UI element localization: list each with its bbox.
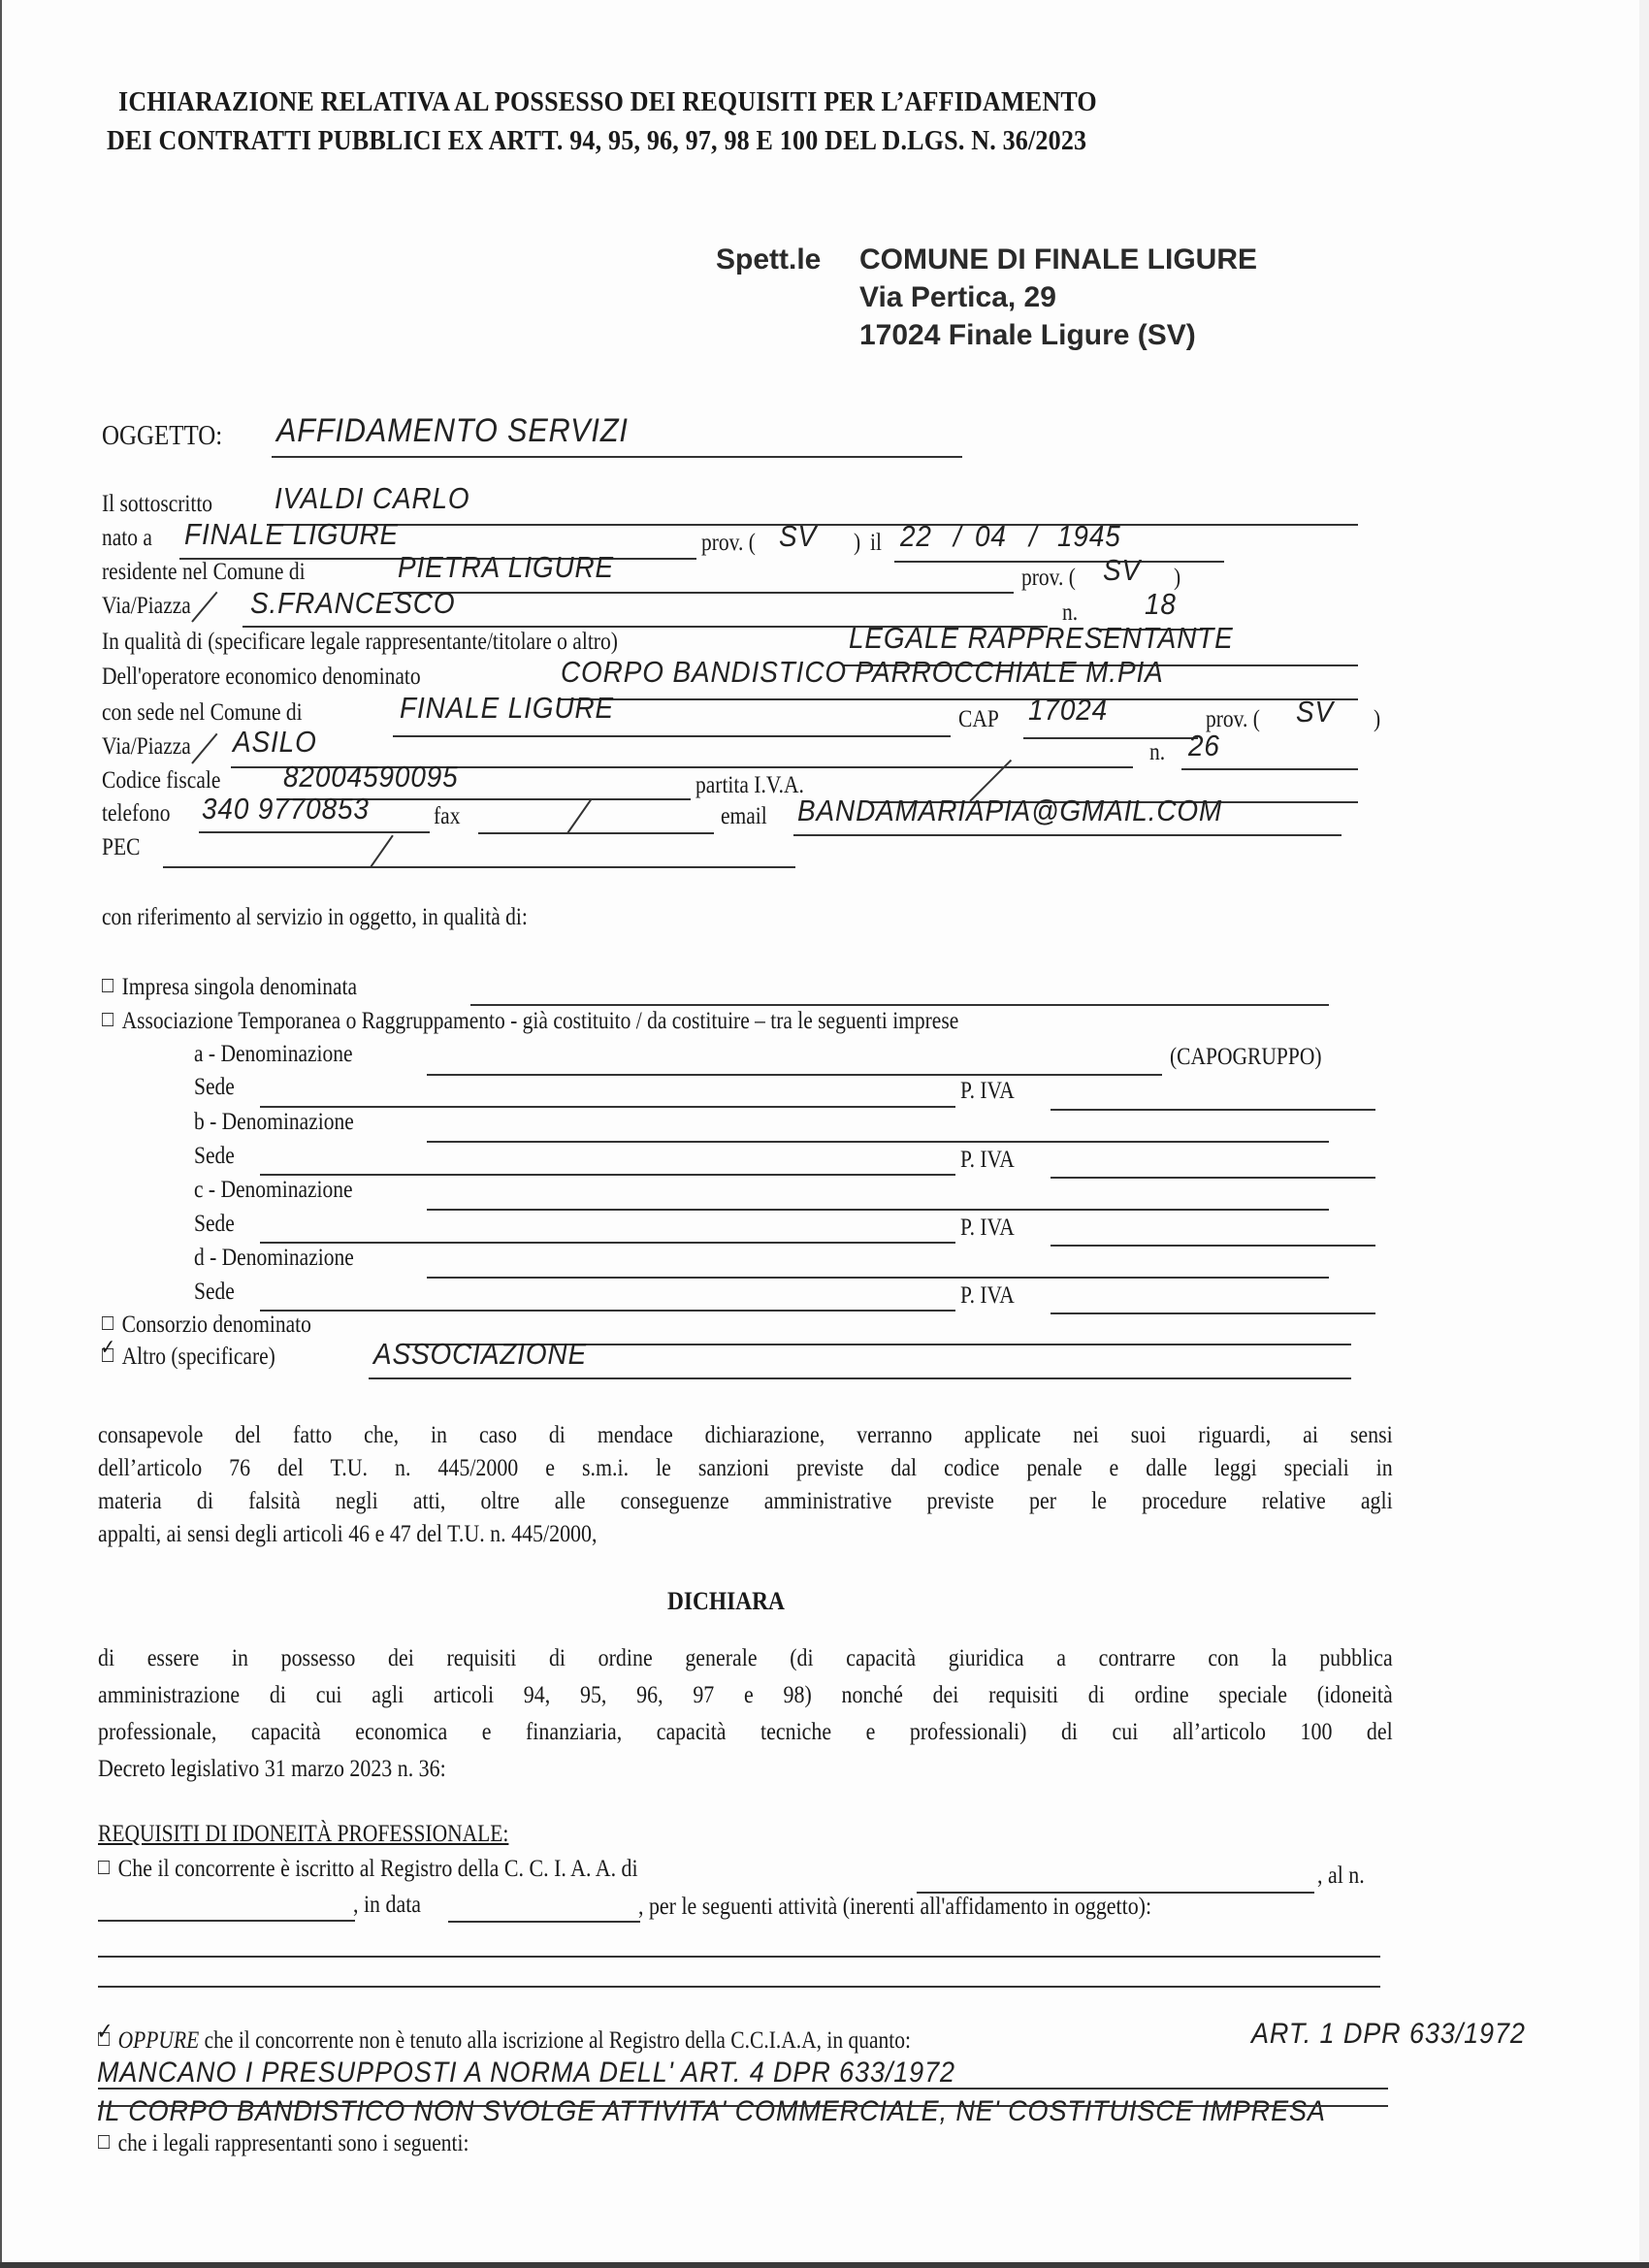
- oggetto-label: OGGETTO:: [102, 420, 222, 452]
- residente-underline: [393, 592, 1014, 594]
- checkmark-icon: ✓: [96, 2020, 113, 2043]
- sede-label: con sede nel Comune di: [102, 699, 303, 727]
- ccia-activities-field-1[interactable]: [98, 1956, 1380, 1958]
- tel-field[interactable]: 340 9770853: [202, 792, 370, 826]
- legali-checkbox[interactable]: [98, 2135, 110, 2149]
- qualita-label: In qualità di (specificare legale rappre…: [102, 629, 618, 656]
- cap-field[interactable]: 17024: [1028, 693, 1108, 728]
- consorzio-checkbox[interactable]: [102, 1316, 113, 1330]
- member-d-denominazione-field[interactable]: [427, 1277, 1329, 1279]
- ccia-date-field[interactable]: [448, 1921, 640, 1923]
- oppure-reason-underline-2: [98, 2105, 1388, 2107]
- checkmark-icon: ✓: [100, 1338, 115, 1359]
- altro-underline: [369, 1377, 1351, 1379]
- sede-via-label: Via/Piazza: [102, 733, 191, 761]
- sede-prov-field[interactable]: SV: [1296, 695, 1334, 729]
- ccia-al-n-label: , al n.: [1317, 1861, 1365, 1890]
- consapevole-paragraph: consapevole del fatto che, in caso di me…: [98, 1418, 1212, 1550]
- piva-label: partita I.V.A.: [695, 772, 804, 799]
- fax-underline: [478, 832, 714, 834]
- oggetto-underline: [272, 456, 962, 458]
- recipient-name: COMUNE DI FINALE LIGURE: [859, 243, 1257, 276]
- fax-label: fax: [434, 803, 460, 830]
- nato-prov-close: ): [854, 530, 860, 557]
- member-a-piva-label: P. IVA: [960, 1078, 1015, 1105]
- sottoscritto-label: Il sottoscritto: [102, 491, 212, 518]
- oppure-reason-field-2[interactable]: MANCANO I PRESUPPOSTI A NORMA DELL' ART.…: [97, 2057, 955, 2090]
- document-title-line-2: DEI CONTRATTI PUBBLICI EX ARTT. 94, 95, …: [107, 126, 1086, 157]
- legali-option[interactable]: che i legali rappresentanti sono i segue…: [98, 2130, 469, 2157]
- email-underline: [793, 834, 1342, 836]
- member-a-denominazione-label: a - Denominazione: [194, 1041, 353, 1068]
- date-separator: /: [1029, 519, 1038, 554]
- recipient-salutation: Spett.le: [716, 243, 821, 276]
- sede-via-strike-mark: [191, 733, 217, 764]
- oppure-reason-field-3[interactable]: IL CORPO BANDISTICO NON SVOLGE ATTIVITA'…: [97, 2095, 1326, 2128]
- scan-edge-right: [1639, 0, 1649, 2268]
- dichiara-paragraph: di essere in possesso dei requisiti di o…: [98, 1639, 1393, 1787]
- residente-prov-field[interactable]: SV: [1103, 553, 1141, 588]
- altro-field[interactable]: ASSOCIAZIONE: [373, 1337, 587, 1372]
- email-label: email: [721, 803, 767, 830]
- residente-field[interactable]: PIETRA LIGURE: [398, 550, 614, 585]
- altro-checkbox-checked[interactable]: ✓: [102, 1348, 113, 1362]
- nato-label: nato a: [102, 525, 152, 552]
- member-d-sede-label: Sede: [194, 1279, 235, 1306]
- recipient-city: 17024 Finale Ligure (SV): [859, 319, 1196, 352]
- associazione-label: Associazione Temporanea o Raggruppamento…: [122, 1008, 959, 1034]
- residente-prov-label: prov. (: [1021, 565, 1076, 592]
- sede-field[interactable]: FINALE LIGURE: [400, 691, 614, 726]
- sede-via-field[interactable]: ASILO: [233, 725, 317, 760]
- ccia-option[interactable]: Che il concorrente è iscritto al Registr…: [98, 1854, 638, 1883]
- nato-field[interactable]: FINALE LIGURE: [184, 517, 399, 552]
- sede-n-field[interactable]: 26: [1188, 729, 1220, 763]
- member-a-sede-field[interactable]: [260, 1106, 955, 1108]
- via-n-field[interactable]: 18: [1145, 587, 1177, 622]
- associazione-option[interactable]: Associazione Temporanea o Raggruppamento…: [102, 1008, 958, 1035]
- dichiara-heading: DICHIARA: [667, 1587, 785, 1616]
- ccia-label: Che il concorrente è iscritto al Registr…: [118, 1854, 638, 1882]
- member-b-piva-field[interactable]: [1051, 1177, 1375, 1179]
- email-field[interactable]: BANDAMARIAPIA@GMAIL.COM: [797, 794, 1222, 828]
- member-d-piva-field[interactable]: [1051, 1312, 1375, 1314]
- sede-n-label: n.: [1149, 739, 1165, 766]
- consapevole-line: materia di falsità negli atti, oltre all…: [98, 1484, 1393, 1517]
- member-a-piva-field[interactable]: [1051, 1109, 1375, 1111]
- ccia-in-data-label: , in data: [353, 1890, 421, 1919]
- birth-year-field[interactable]: 1945: [1057, 519, 1121, 554]
- scan-edge-left: [0, 0, 2, 2268]
- member-c-denominazione-label: c - Denominazione: [194, 1177, 353, 1204]
- dichiara-line: amministrazione di cui agli articoli 94,…: [98, 1676, 1393, 1713]
- via-field[interactable]: S.FRANCESCO: [250, 586, 455, 621]
- oppure-reason-field-1[interactable]: ART. 1 DPR 633/1972: [1251, 2018, 1526, 2051]
- qualita-field[interactable]: LEGALE RAPPRESENTANTE: [849, 621, 1234, 656]
- associazione-checkbox[interactable]: [102, 1013, 113, 1026]
- dichiara-line: di essere in possesso dei requisiti di o…: [98, 1639, 1393, 1676]
- ccia-attivita-label: , per le seguenti attività (inerenti all…: [638, 1892, 1151, 1921]
- member-b-sede-label: Sede: [194, 1143, 235, 1170]
- consapevole-line: appalti, ai sensi degli articoli 46 e 47…: [98, 1517, 1212, 1550]
- nato-prov-label: prov. (: [701, 530, 756, 557]
- operatore-label: Dell'operatore economico denominato: [102, 664, 421, 691]
- cf-label: Codice fiscale: [102, 767, 220, 794]
- dichiara-line: professionale, capacità economica e fina…: [98, 1713, 1393, 1750]
- consorzio-option[interactable]: Consorzio denominato: [102, 1312, 311, 1339]
- scan-edge-bottom: [0, 2262, 1649, 2268]
- oppure-checkbox-checked[interactable]: ✓: [98, 2032, 110, 2046]
- dichiara-line: Decreto legislativo 31 marzo 2023 n. 36:: [98, 1750, 1393, 1787]
- oppure-label: che il concorrente non è tenuto alla isc…: [199, 2027, 911, 2054]
- cap-label: CAP: [958, 706, 999, 733]
- oppure-option[interactable]: ✓OPPURE che il concorrente non è tenuto …: [98, 2027, 911, 2055]
- member-d-denominazione-label: d - Denominazione: [194, 1245, 354, 1272]
- il-label: il: [870, 530, 882, 557]
- document-title-line-1: ICHIARAZIONE RELATIVA AL POSSESSO DEI RE…: [118, 87, 1097, 118]
- member-d-piva-label: P. IVA: [960, 1282, 1015, 1310]
- residente-label: residente nel Comune di: [102, 559, 306, 586]
- member-c-sede-label: Sede: [194, 1211, 235, 1238]
- via-strike-mark: [191, 592, 217, 623]
- requisiti-heading: REQUISITI DI IDONEITÀ PROFESSIONALE:: [98, 1821, 508, 1848]
- altro-option[interactable]: ✓Altro (specificare): [102, 1344, 275, 1371]
- tel-label: telefono: [102, 800, 170, 827]
- sede-n-underline: [1181, 768, 1358, 770]
- impresa-singola-option[interactable]: Impresa singola denominata: [102, 974, 357, 1001]
- member-b-piva-label: P. IVA: [960, 1147, 1015, 1174]
- member-d-sede-field[interactable]: [260, 1310, 955, 1312]
- member-c-piva-field[interactable]: [1051, 1245, 1375, 1247]
- impresa-singola-checkbox[interactable]: [102, 979, 113, 992]
- cf-field[interactable]: 82004590095: [283, 760, 459, 794]
- consorzio-label: Consorzio denominato: [122, 1312, 311, 1338]
- sede-prov-close: ): [1374, 706, 1380, 733]
- birth-date-underline: [894, 561, 1224, 563]
- tel-underline: [199, 831, 430, 833]
- member-a-denominazione-field[interactable]: [427, 1074, 1162, 1076]
- legali-label: che i legali rappresentanti sono i segue…: [118, 2130, 469, 2156]
- pec-field-slash[interactable]: [370, 835, 394, 868]
- pec-underline: [163, 866, 795, 868]
- ccia-number-field[interactable]: [98, 1920, 355, 1922]
- sottoscritto-field[interactable]: IVALDI CARLO: [275, 481, 470, 516]
- consapevole-line: dell’articolo 76 del T.U. n. 445/2000 e …: [98, 1451, 1393, 1484]
- member-a-sede-label: Sede: [194, 1074, 235, 1101]
- birth-day-field[interactable]: 22: [900, 519, 932, 554]
- member-b-denominazione-label: b - Denominazione: [194, 1109, 354, 1136]
- member-c-sede-field[interactable]: [260, 1242, 955, 1244]
- via-label: Via/Piazza: [102, 593, 191, 620]
- nato-prov-field[interactable]: SV: [779, 519, 817, 554]
- ccia-checkbox[interactable]: [98, 1861, 110, 1874]
- impresa-singola-label: Impresa singola denominata: [122, 974, 357, 1000]
- cap-underline: [1023, 737, 1198, 739]
- member-b-denominazione-field[interactable]: [427, 1141, 1329, 1143]
- ccia-activities-field-2[interactable]: [98, 1986, 1380, 1988]
- member-c-denominazione-field[interactable]: [427, 1209, 1329, 1211]
- operatore-underline: [558, 698, 1358, 700]
- member-c-piva-label: P. IVA: [960, 1215, 1015, 1242]
- capogruppo-label: (CAPOGRUPPO): [1170, 1044, 1322, 1071]
- date-separator: /: [954, 519, 962, 554]
- oppure-reason-underline-1: [98, 2088, 1388, 2090]
- oppure-prefix: OPPURE: [118, 2027, 200, 2054]
- qualita-intro: con riferimento al servizio in oggetto, …: [102, 904, 528, 931]
- birth-month-field[interactable]: 04: [975, 519, 1007, 554]
- sede-underline: [393, 735, 951, 737]
- recipient-street: Via Pertica, 29: [859, 281, 1056, 314]
- altro-label: Altro (specificare): [122, 1344, 275, 1370]
- pec-label: PEC: [102, 834, 140, 861]
- impresa-singola-underline: [470, 1004, 1329, 1006]
- member-b-sede-field[interactable]: [260, 1174, 955, 1176]
- consapevole-line: consapevole del fatto che, in caso di me…: [98, 1418, 1393, 1451]
- operatore-field[interactable]: CORPO BANDISTICO PARROCCHIALE M.PIA: [561, 655, 1164, 690]
- fax-field-slash[interactable]: [566, 799, 592, 834]
- oggetto-field[interactable]: AFFIDAMENTO SERVIZI: [276, 412, 629, 450]
